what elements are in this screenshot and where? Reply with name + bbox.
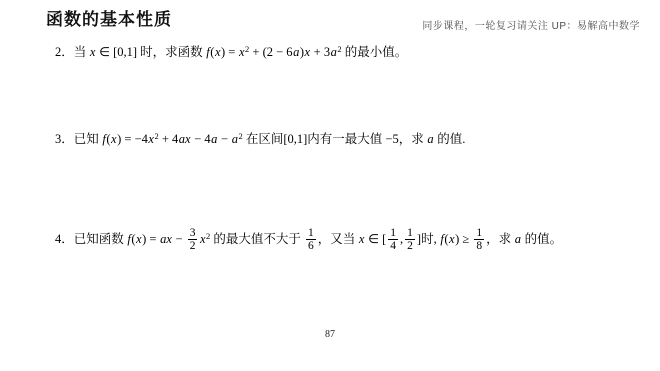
text-run: 的值. (434, 132, 465, 146)
text-run: ) = (142, 232, 159, 246)
math-superscript: 2 (337, 44, 341, 54)
math-superscript: 2 (154, 131, 158, 141)
fraction-numerator: 1 (388, 227, 398, 239)
text-run: 的最大值不大于 (210, 232, 304, 246)
text-run: 内有一最大值 −5，求 (307, 132, 427, 146)
text-run: 在区间 (243, 132, 284, 146)
math-superscript: 2 (238, 131, 242, 141)
text-run: + 4 (159, 132, 179, 146)
fraction-numerator: 3 (188, 227, 198, 239)
text-run: + (2 − 6 (249, 45, 292, 59)
math-variable: ax (160, 232, 173, 246)
fraction-denominator: 4 (388, 239, 398, 252)
problem-4: 4．已知函数 f(x) = ax − 32x2 的最大值不大于 16，又当 x … (55, 221, 640, 258)
text-run: ( (444, 232, 448, 246)
fraction-denominator: 8 (474, 239, 484, 252)
text-run: [0,1] (283, 132, 307, 146)
text-run: − 4 (191, 132, 211, 146)
text-run: + 3 (311, 45, 331, 59)
problem-3: 3．已知 f(x) = −4x2 + 4ax − 4a − a2 在区间[0,1… (55, 131, 640, 149)
text-run: ∈ [0,1] 时，求函数 (96, 45, 206, 59)
math-variable: ax (178, 132, 191, 146)
fraction-denominator: 6 (306, 239, 316, 252)
text-run: 4．已知函数 (55, 232, 127, 246)
text-run: ，求 (486, 232, 514, 246)
math-variable: a (293, 45, 300, 59)
math-fraction: 18 (474, 227, 484, 252)
math-fraction: 32 (188, 227, 198, 252)
text-run: , (400, 232, 403, 246)
math-fraction: 16 (306, 227, 316, 252)
text-run: ( (131, 232, 135, 246)
text-run: ( (106, 132, 110, 146)
page-title: 函数的基本性质 (46, 5, 172, 30)
math-variable: a (427, 132, 434, 146)
text-run: − (172, 232, 185, 246)
fraction-denominator: 2 (188, 239, 198, 252)
math-fraction: 12 (405, 227, 415, 252)
text-run: ) = (221, 45, 238, 59)
text-run: ]时, (417, 232, 440, 246)
text-run: ) = −4 (117, 132, 148, 146)
text-run: 的最小值。 (342, 45, 408, 59)
text-run: 2．当 (55, 45, 89, 59)
text-run: 的值。 (521, 232, 562, 246)
math-variable: a (211, 132, 218, 146)
problem-2: 2．当 x ∈ [0,1] 时，求函数 f(x) = x2 + (2 − 6a)… (55, 44, 640, 62)
text-run: − (218, 132, 231, 146)
page-number: 87 (0, 329, 660, 340)
text-run: ，又当 (318, 232, 359, 246)
text-run: ) ≥ (455, 232, 472, 246)
math-superscript: 2 (245, 44, 249, 54)
math-superscript: 2 (206, 231, 210, 241)
fraction-numerator: 1 (474, 227, 484, 239)
slide-page: 函数的基本性质 同步课程，一轮复习请关注 UP：易解高中数学 2．当 x ∈ [… (0, 0, 660, 371)
text-run: 3．已知 (55, 132, 102, 146)
text-run: ∈ [ (365, 232, 386, 246)
fraction-numerator: 1 (405, 227, 415, 239)
fraction-denominator: 2 (405, 239, 415, 252)
math-fraction: 14 (388, 227, 398, 252)
header-note: 同步课程，一轮复习请关注 UP：易解高中数学 (422, 17, 640, 32)
fraction-numerator: 1 (306, 227, 316, 239)
